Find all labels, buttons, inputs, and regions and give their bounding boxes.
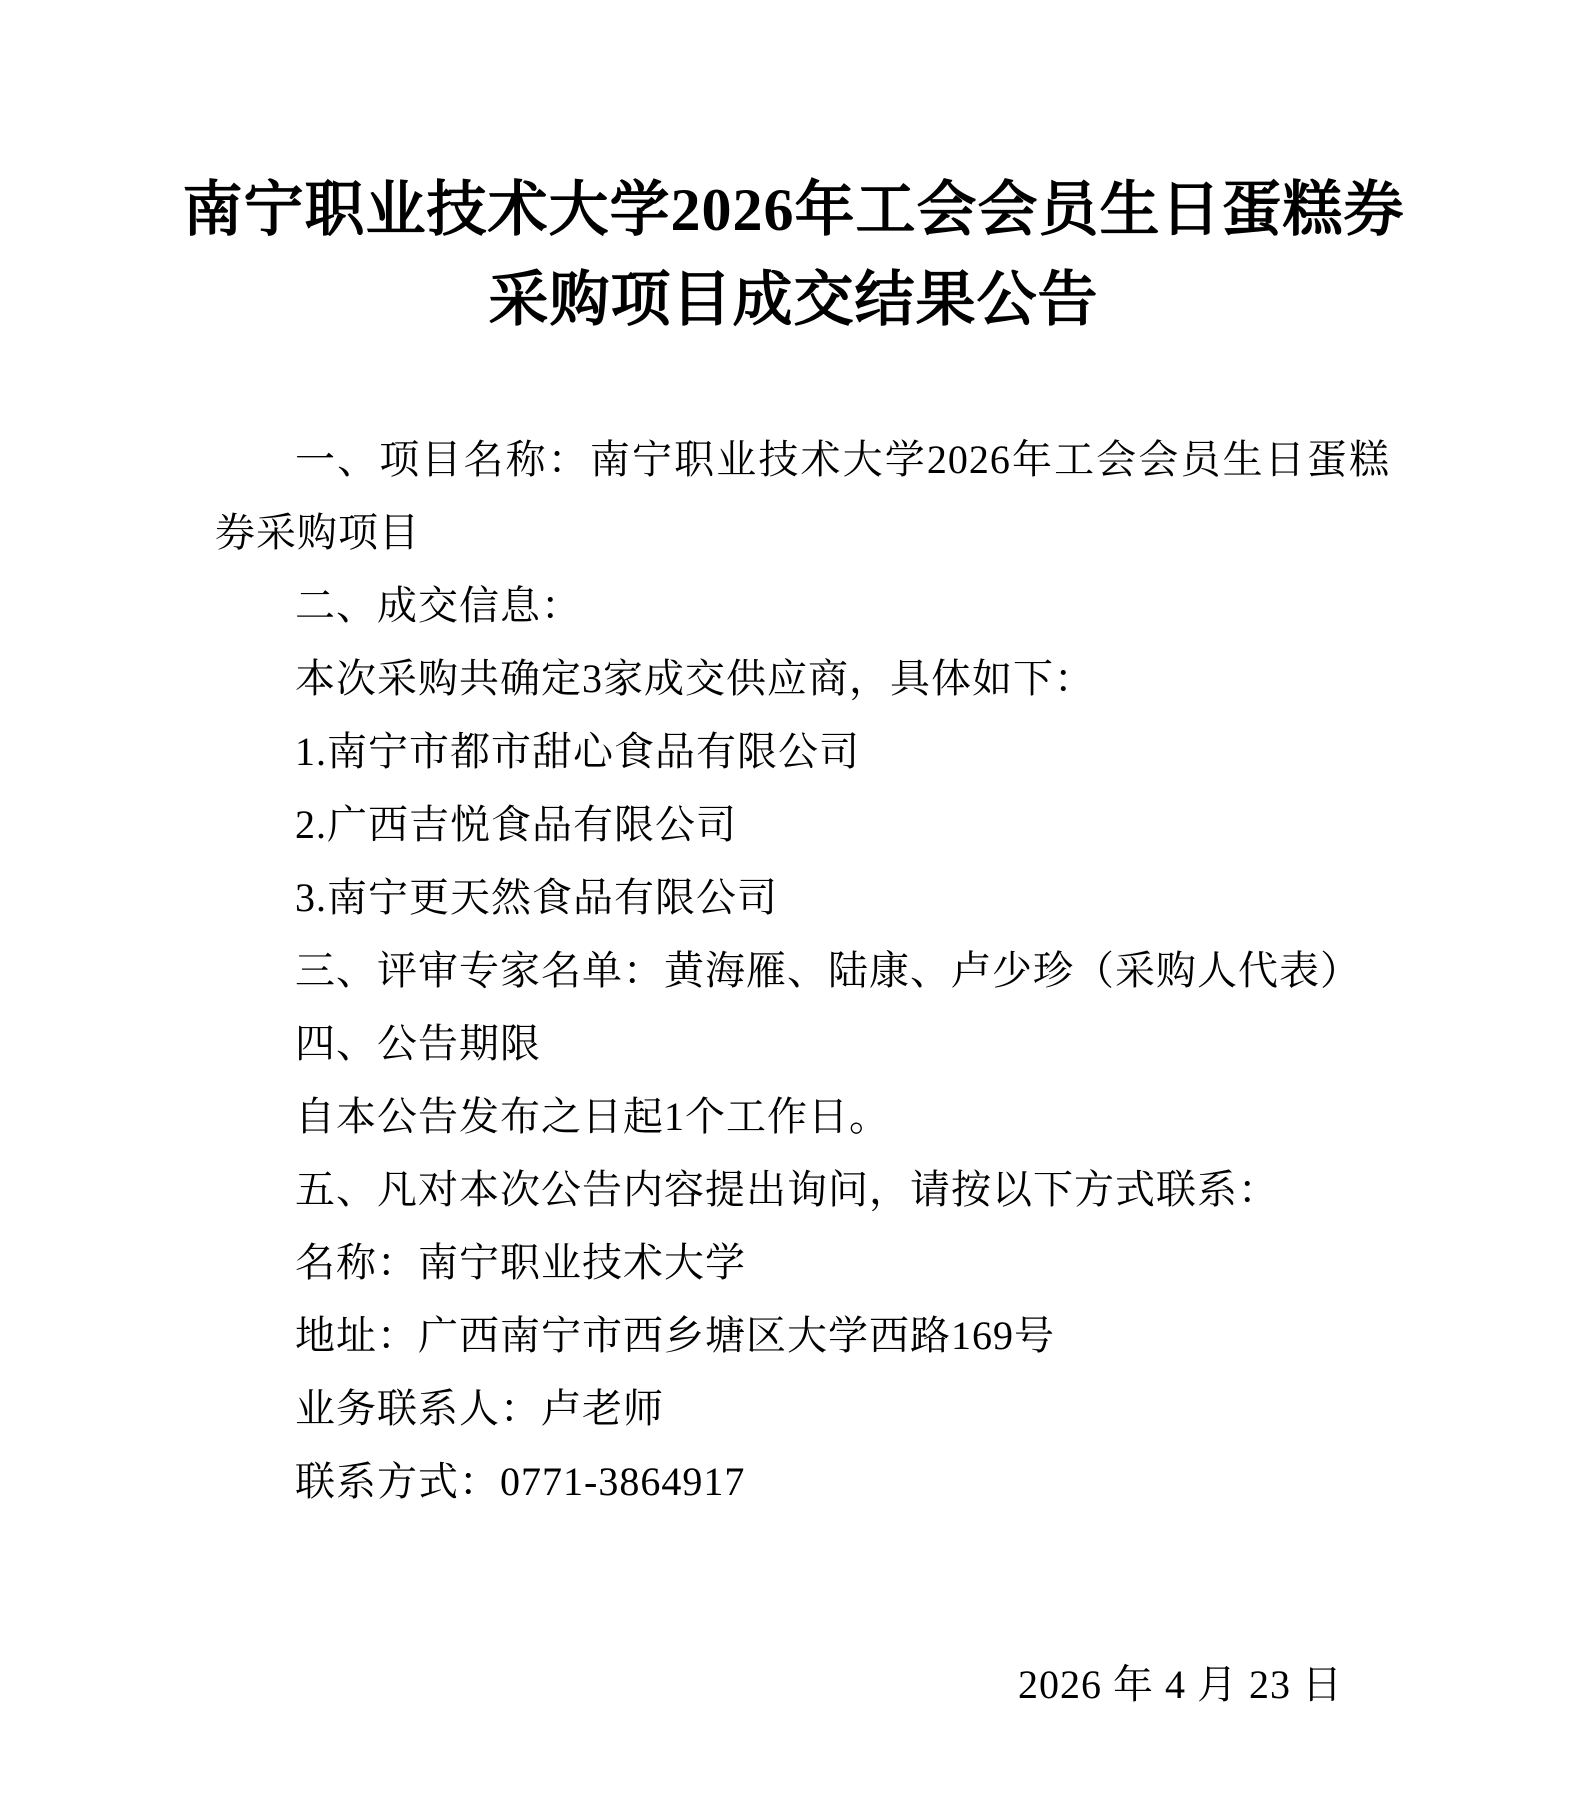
paragraph-contact-name: 名称：南宁职业技术大学 (215, 1226, 1390, 1299)
paragraph-contact-phone: 联系方式：0771-3864917 (215, 1445, 1390, 1518)
title-line-1: 南宁职业技术大学2026年工会会员生日蛋糕券 (0, 165, 1587, 255)
paragraph-supplier-2: 2.广西吉悦食品有限公司 (215, 788, 1390, 861)
paragraph-supplier-1: 1.南宁市都市甜心食品有限公司 (215, 715, 1390, 788)
paragraph-project-name: 一、项目名称：南宁职业技术大学2026年工会会员生日蛋糕券采购项目 (215, 423, 1390, 569)
paragraph-contact-person: 业务联系人：卢老师 (215, 1372, 1390, 1445)
document-date: 2026 年 4 月 23 日 (0, 1648, 1587, 1721)
paragraph-section-4-heading: 四、公告期限 (215, 1007, 1390, 1080)
document-page: 南宁职业技术大学2026年工会会员生日蛋糕券 采购项目成交结果公告 一、项目名称… (0, 0, 1587, 1807)
paragraph-section-5-contact-intro: 五、凡对本次公告内容提出询问，请按以下方式联系： (215, 1153, 1390, 1226)
paragraph-suppliers-intro: 本次采购共确定3家成交供应商，具体如下： (215, 642, 1390, 715)
document-body: 一、项目名称：南宁职业技术大学2026年工会会员生日蛋糕券采购项目 二、成交信息… (215, 423, 1390, 1518)
paragraph-supplier-3: 3.南宁更天然食品有限公司 (215, 861, 1390, 934)
paragraph-review-experts: 三、评审专家名单：黄海雁、陆康、卢少珍（采购人代表） (215, 934, 1390, 1007)
paragraph-section-2-heading: 二、成交信息： (215, 569, 1390, 642)
paragraph-announcement-period: 自本公告发布之日起1个工作日。 (215, 1080, 1390, 1153)
paragraph-contact-address: 地址：广西南宁市西乡塘区大学西路169号 (215, 1299, 1390, 1372)
title-line-2: 采购项目成交结果公告 (0, 255, 1587, 345)
document-title: 南宁职业技术大学2026年工会会员生日蛋糕券 采购项目成交结果公告 (0, 40, 1587, 345)
